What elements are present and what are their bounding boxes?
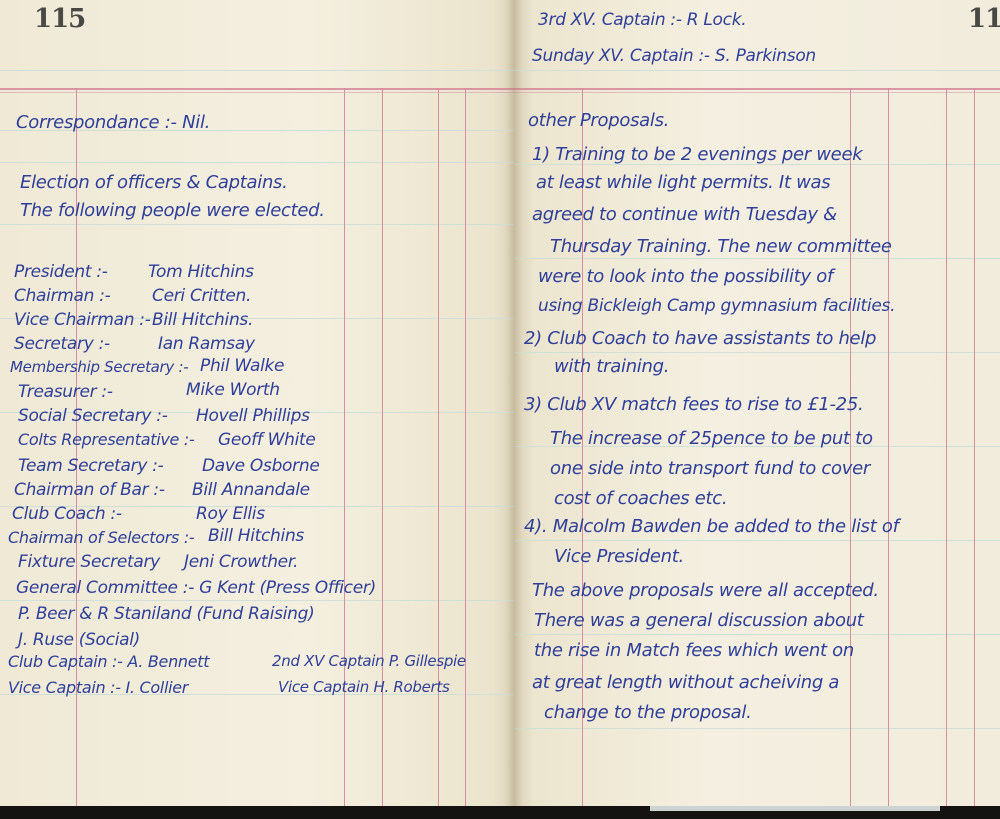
underlying-sheet [650,806,940,811]
ruled-line [514,540,1000,541]
ruled-line [514,70,1000,71]
captain-entry: 2nd XV Captain P. Gillespie [272,652,466,670]
officer-name: Bill Hitchins [208,526,304,546]
body-line: 2) Club Coach to have assistants to help [524,328,876,349]
body-line: with training. [554,356,669,377]
captain-entry: Club Captain :- A. Bennett [8,652,209,671]
officer-name: Ian Ramsay [158,334,255,354]
officer-name: Roy Ellis [196,504,265,524]
book-bottom-edge [0,806,1000,819]
column-rule [344,88,345,806]
column-rule [465,88,466,806]
body-line: Thursday Training. The new committee [550,236,892,257]
officer-role: Membership Secretary :- [10,358,188,376]
officer-role: Colts Representative :- [18,430,194,449]
election-heading: Election of officers & Captains. [20,172,288,193]
ruled-line [514,634,1000,635]
officer-role: Fixture Secretary [18,552,160,572]
officer-name: Tom Hitchins [148,262,254,282]
ruled-line [514,258,1000,259]
body-line: The increase of 25pence to be put to [550,428,873,449]
right-page: 115 3rd XV. Captain :- R Lock. Sunday XV… [514,0,1000,806]
ruled-line [0,70,514,71]
body-line: 1) Training to be 2 evenings per week [532,144,862,165]
page-number-right: 115 [968,4,1000,34]
officer-name: Bill Hitchins. [152,310,253,330]
officer-role: Vice Chairman :- [14,310,151,330]
ruled-line [0,224,514,225]
body-line: Vice President. [554,546,684,567]
body-line: using Bickleigh Camp gymnasium facilitie… [538,296,895,316]
officer-role: Team Secretary :- [18,456,163,476]
officer-role: Social Secretary :- [18,406,168,426]
body-line: 3) Club XV match fees to rise to £1-25. [524,394,863,415]
committee-line: J. Ruse (Social) [18,630,140,650]
officer-name: Geoff White [218,430,316,450]
body-line: 4). Malcolm Bawden be added to the list … [524,516,899,537]
officer-name: Phil Walke [200,356,284,376]
header-red-rule [0,88,1000,90]
officer-role: Club Coach :- [12,504,122,524]
ruled-line [514,352,1000,353]
body-line: change to the proposal. [544,702,752,723]
ruled-line [514,728,1000,729]
body-line: were to look into the possibility of [538,266,833,287]
proposals-heading: other Proposals. [528,110,669,131]
officer-role: President :- [14,262,108,282]
column-rule [438,88,439,806]
column-rule [974,88,975,806]
left-page: 115 Correspondance :- Nil. Election of o… [0,0,514,806]
officer-name: Hovell Phillips [196,406,310,426]
column-rule [888,88,889,806]
header-line: 3rd XV. Captain :- R Lock. [538,10,746,30]
committee-line: P. Beer & R Staniland (Fund Raising) [18,604,314,624]
column-rule [382,88,383,806]
officer-name: Dave Osborne [202,456,319,476]
election-intro: The following people were elected. [20,200,325,221]
body-line: agreed to continue with Tuesday & [532,204,837,225]
committee-line: General Committee :- G Kent (Press Offic… [16,578,376,598]
header-line: Sunday XV. Captain :- S. Parkinson [532,46,816,66]
officer-name: Jeni Crowther. [184,552,298,572]
ruled-line [0,600,514,601]
ruled-line [0,162,514,163]
body-line: the rise in Match fees which went on [534,640,854,661]
body-line: The above proposals were all accepted. [532,580,879,601]
captain-entry: Vice Captain H. Roberts [278,678,450,696]
body-line: There was a general discussion about [534,610,864,631]
header-red-rule-secondary [0,92,1000,93]
officer-name: Bill Annandale [192,480,310,500]
column-rule [946,88,947,806]
captain-entry: Vice Captain :- I. Collier [8,678,188,697]
officer-name: Mike Worth [186,380,280,400]
officer-role: Chairman :- [14,286,111,306]
body-line: at least while light permits. It was [536,172,830,193]
correspondence-line: Correspondance :- Nil. [16,112,210,133]
officer-role: Chairman of Selectors :- [8,528,194,547]
officer-name: Ceri Critten. [152,286,251,306]
body-line: cost of coaches etc. [554,488,727,509]
officer-role: Secretary :- [14,334,110,354]
book-gutter [506,0,522,806]
body-line: at great length without acheiving a [532,672,839,693]
officer-role: Treasurer :- [18,382,113,402]
page-number-left: 115 [34,4,85,34]
officer-role: Chairman of Bar :- [14,480,165,500]
ledger-book: 115 Correspondance :- Nil. Election of o… [0,0,1000,806]
body-line: one side into transport fund to cover [550,458,870,479]
